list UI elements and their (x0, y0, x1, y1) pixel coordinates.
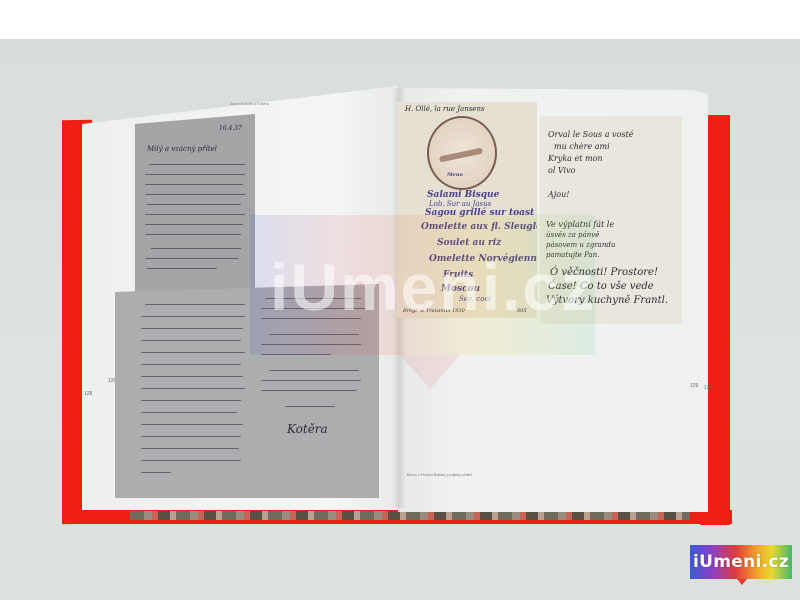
postcard-line: ol Vivo (548, 166, 575, 176)
menu-item: Omelette Norvégienne (429, 254, 537, 264)
menu-footer: Brégl. w Travantin 1930 (403, 306, 465, 316)
menu-footer-number: 805 (517, 306, 527, 316)
letter-salutation: Milý a vzácný přítel (147, 144, 217, 154)
postcard-line: Ajou! (548, 190, 569, 200)
menu-emblem-label: Menu (447, 170, 463, 180)
menu-item: Sec. cool (459, 294, 491, 304)
letter-facsimile-bottom: Kotěra (115, 284, 379, 498)
postcard-line: mu chère ami (554, 142, 610, 152)
menu-item: Sagou grillé sur toast (425, 208, 534, 218)
page-number: 129 (690, 383, 698, 389)
postcard-line: Ve výplatní fát le (546, 220, 614, 230)
letter-signature: Kotěra (287, 424, 328, 434)
letter-facsimile-top: 16.4.37 Milý a vzácný přítel (135, 114, 255, 294)
menu-item: Soulet au riz (437, 238, 501, 248)
site-logo: iUmeni.cz (690, 545, 792, 579)
letter-date: 16.4.37 (219, 124, 242, 134)
menu-item: Fruits (443, 270, 473, 280)
page-number: 131 (704, 385, 712, 391)
postcard-line: Čase! Co to vše vede (548, 282, 654, 292)
figure-caption: Menu z Hotelu Bristol, podpisy přátel (407, 472, 472, 477)
menu-item: Omelette aux fl. Sleuglou (421, 222, 537, 232)
postcard-line: Kryka et mon (548, 154, 603, 164)
running-head: Josef Kotalík a Kotěra (230, 101, 269, 106)
menu-card-facsimile: H. Ollé, la rue Jansens Menu Salami Bisq… (397, 102, 537, 318)
endpaper-pattern (130, 511, 690, 520)
menu-header: H. Ollé, la rue Jansens (405, 104, 485, 114)
postcard-line: Ó věčnosti! Prostore! (550, 268, 658, 278)
postcard-line: Orval le Sous a vosté (548, 130, 633, 140)
postcard-facsimile: Orval le Sous a vosté mu chère ami Kryka… (540, 116, 682, 324)
postcard-line: pamatujte Pan. (546, 250, 599, 260)
postcard-line: Výtvory kuchyně Frantl. (546, 296, 668, 306)
menu-item: Moscou (441, 284, 480, 294)
page-number: 128 (84, 391, 92, 397)
postcard-line: pásovem u zgrandu (546, 240, 615, 250)
site-logo-text: iUmeni.cz (693, 552, 789, 572)
postcard-line: úsvěs za pánvě (546, 230, 599, 240)
logo-speech-tail (737, 579, 747, 585)
